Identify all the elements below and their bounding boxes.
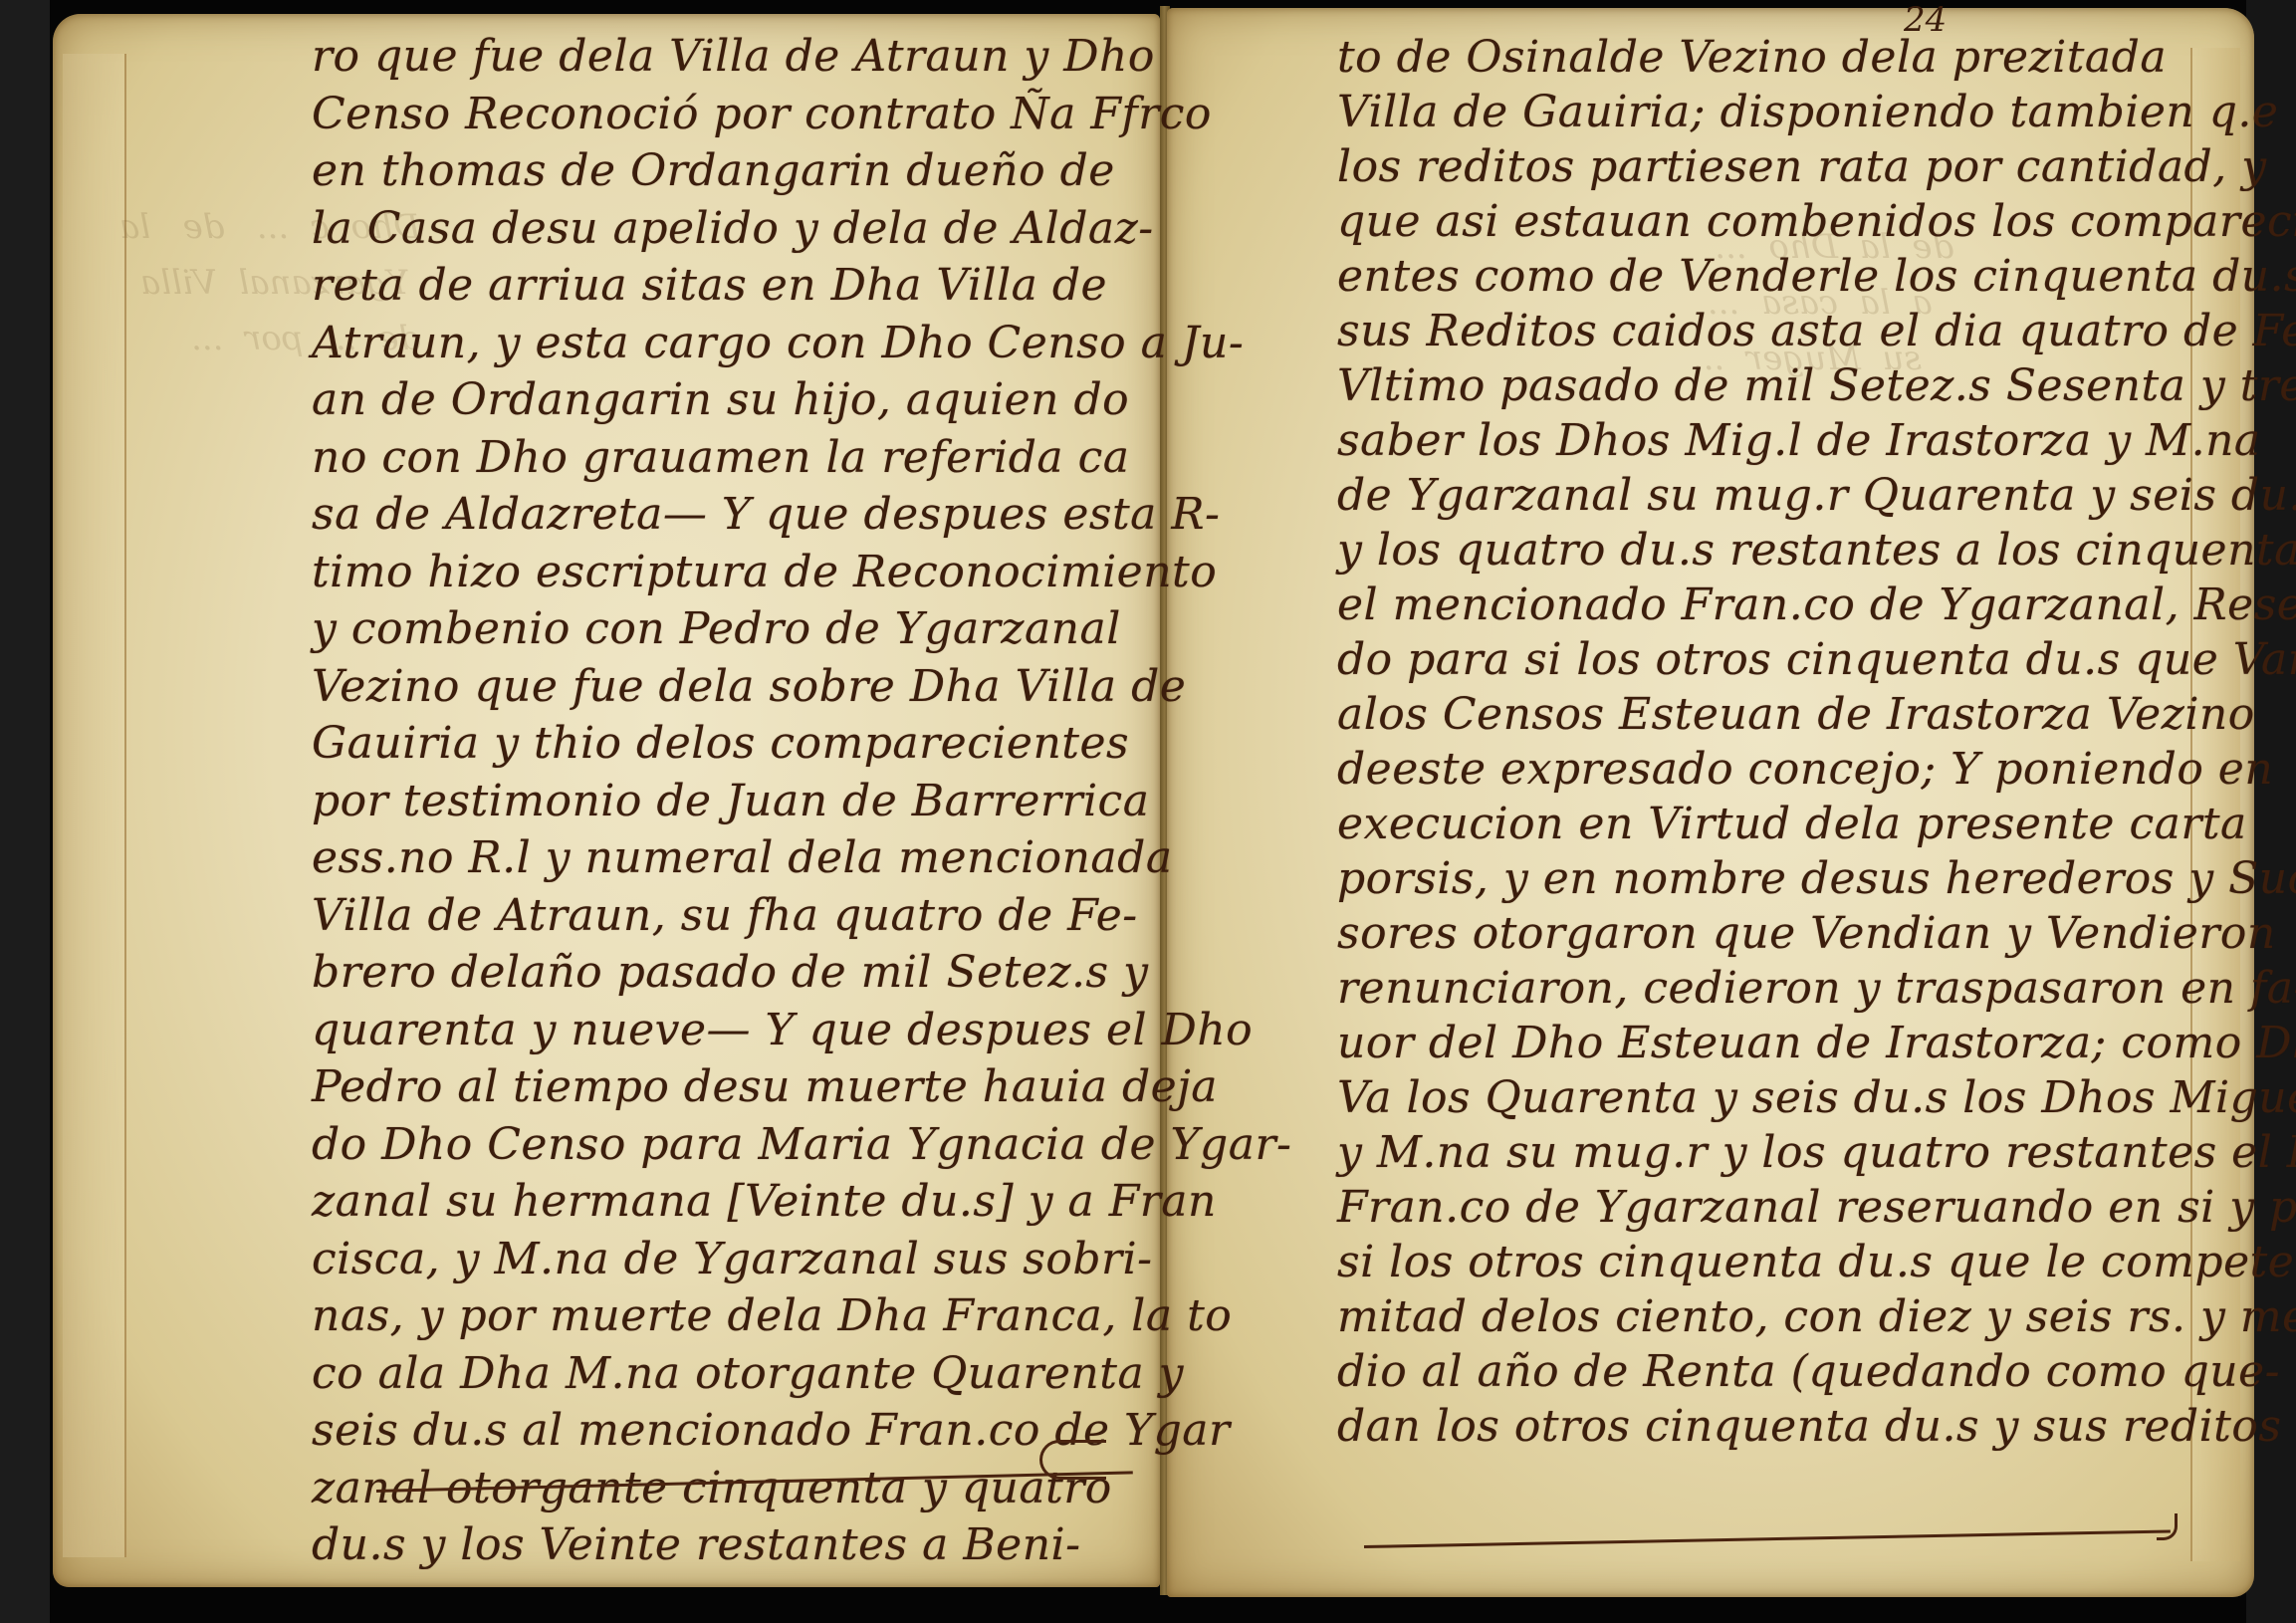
manuscript-line: du.s y los Veinte restantes a Beni- (312, 1516, 1291, 1574)
manuscript-line: la Casa desu apelido y dela de Aldaz- (312, 200, 1291, 258)
manuscript-line: mitad delos ciento, con diez y seis rs. … (1337, 1289, 2296, 1344)
manuscript-line: y M.na su mug.r y los quatro restantes e… (1337, 1125, 2296, 1180)
manuscript-line: sus Reditos caidos asta el dia quatro de… (1337, 304, 2296, 358)
manuscript-line: por testimonio de Juan de Barrerrica (312, 773, 1291, 830)
manuscript-line: ro que fue dela Villa de Atraun y Dho (312, 28, 1291, 86)
manuscript-line: timo hizo escriptura de Reconocimiento (312, 544, 1291, 601)
manuscript-line: porsis, y en nombre desus herederos y Su… (1337, 851, 2296, 906)
manuscript-line: to de Osinalde Vezino dela prezitada (1337, 30, 2296, 85)
manuscript-line: los reditos partiesen rata por cantidad,… (1337, 139, 2296, 194)
manuscript-line: an de Ordangarin su hijo, aquien do (312, 371, 1291, 429)
manuscript-line: quarenta y nueve— Y que despues el Dho (312, 1002, 1291, 1059)
manuscript-line: execucion en Virtud dela presente carta (1337, 797, 2296, 851)
manuscript-line: en thomas de Ordangarin dueño de (312, 142, 1291, 200)
manuscript-line: y los quatro du.s restantes a los cinque… (1337, 523, 2296, 578)
left-page-text: ro que fue dela Villa de Atraun y Dho Ce… (312, 28, 1291, 1574)
manuscript-line: dan los otros cinquenta du.s y sus redit… (1337, 1399, 2296, 1454)
manuscript-line: do Dho Censo para Maria Ygnacia de Ygar- (312, 1116, 1291, 1174)
manuscript-line: zanal su hermana [Veinte du.s] y a Fran (312, 1173, 1291, 1231)
manuscript-line: Villa de Atraun, su fha quatro de Fe- (312, 887, 1291, 945)
manuscript-line: sores otorgaron que Vendian y Vendieron (1337, 906, 2296, 961)
manuscript-line: renunciaron, cedieron y traspasaron en f… (1337, 961, 2296, 1016)
manuscript-line: si los otros cinquenta du.s que le compe… (1337, 1235, 2296, 1289)
manuscript-line: Gauiria y thio delos comparecientes (312, 715, 1291, 773)
manuscript-line: co ala Dha M.na otorgante Quarenta y (312, 1345, 1291, 1403)
manuscript-line: sa de Aldazreta— Y que despues esta R- (312, 486, 1291, 544)
manuscript-line: reta de arriua sitas en Dha Villa de (312, 257, 1291, 315)
manuscript-line: entes como de Venderle los cinquenta du.… (1337, 249, 2296, 304)
manuscript-line: Censo Reconoció por contrato Ña Ffrco (312, 86, 1291, 143)
manuscript-line: el mencionado Fran.co de Ygarzanal, Rese… (1337, 578, 2296, 632)
manuscript-line: ess.no R.l y numeral dela mencionada (312, 829, 1291, 887)
manuscript-line: saber los Dhos Mig.l de Irastorza y M.na (1337, 413, 2296, 468)
manuscript-line: Villa de Gauiria; disponiendo tambien q.… (1337, 85, 2296, 139)
manuscript-line: dio al año de Renta (quedando como que- (1337, 1344, 2296, 1399)
manuscript-line: brero delaño pasado de mil Setez.s y (312, 944, 1291, 1002)
manuscript-line: nas, y por muerte dela Dha Franca, la to (312, 1287, 1291, 1345)
manuscript-line: Fran.co de Ygarzanal reseruando en si y … (1337, 1180, 2296, 1235)
manuscript-line: Vezino que fue dela sobre Dha Villa de (312, 658, 1291, 716)
manuscript-line: Vltimo pasado de mil Setez.s Sesenta y t… (1337, 358, 2296, 413)
manuscript-line: seis du.s al mencionado Fran.co de Ygar (312, 1402, 1291, 1460)
manuscript-line: Va los Quarenta y seis du.s los Dhos Mig… (1337, 1070, 2296, 1125)
manuscript-line: de Ygarzanal su mug.r Quarenta y seis du… (1337, 468, 2296, 523)
manuscript-line: Pedro al tiempo desu muerte hauia deja (312, 1058, 1291, 1116)
manuscript-line: deeste expresado concejo; Y poniendo en (1337, 742, 2296, 797)
manuscript-line: no con Dho grauamen la referida ca (312, 429, 1291, 487)
manuscript-line: alos Censos Esteuan de Irastorza Vezino (1337, 687, 2296, 742)
manuscript-line: uor del Dho Esteuan de Irastorza; como D… (1337, 1016, 2296, 1070)
left-page-stacked-edges (63, 54, 126, 1557)
right-page-text: to de Osinalde Vezino dela prezitada Vil… (1337, 30, 2296, 1454)
manuscript-line: do para si los otros cinquenta du.s que … (1337, 632, 2296, 687)
manuscript-line: Atraun, y esta cargo con Dho Censo a Ju- (312, 315, 1291, 372)
scan-border-left (0, 0, 50, 1623)
manuscript-line: cisca, y M.na de Ygarzanal sus sobri- (312, 1231, 1291, 1288)
manuscript-line: que asi estauan combenidos los compareci… (1337, 194, 2296, 249)
manuscript-line: y combenio con Pedro de Ygarzanal (312, 600, 1291, 658)
